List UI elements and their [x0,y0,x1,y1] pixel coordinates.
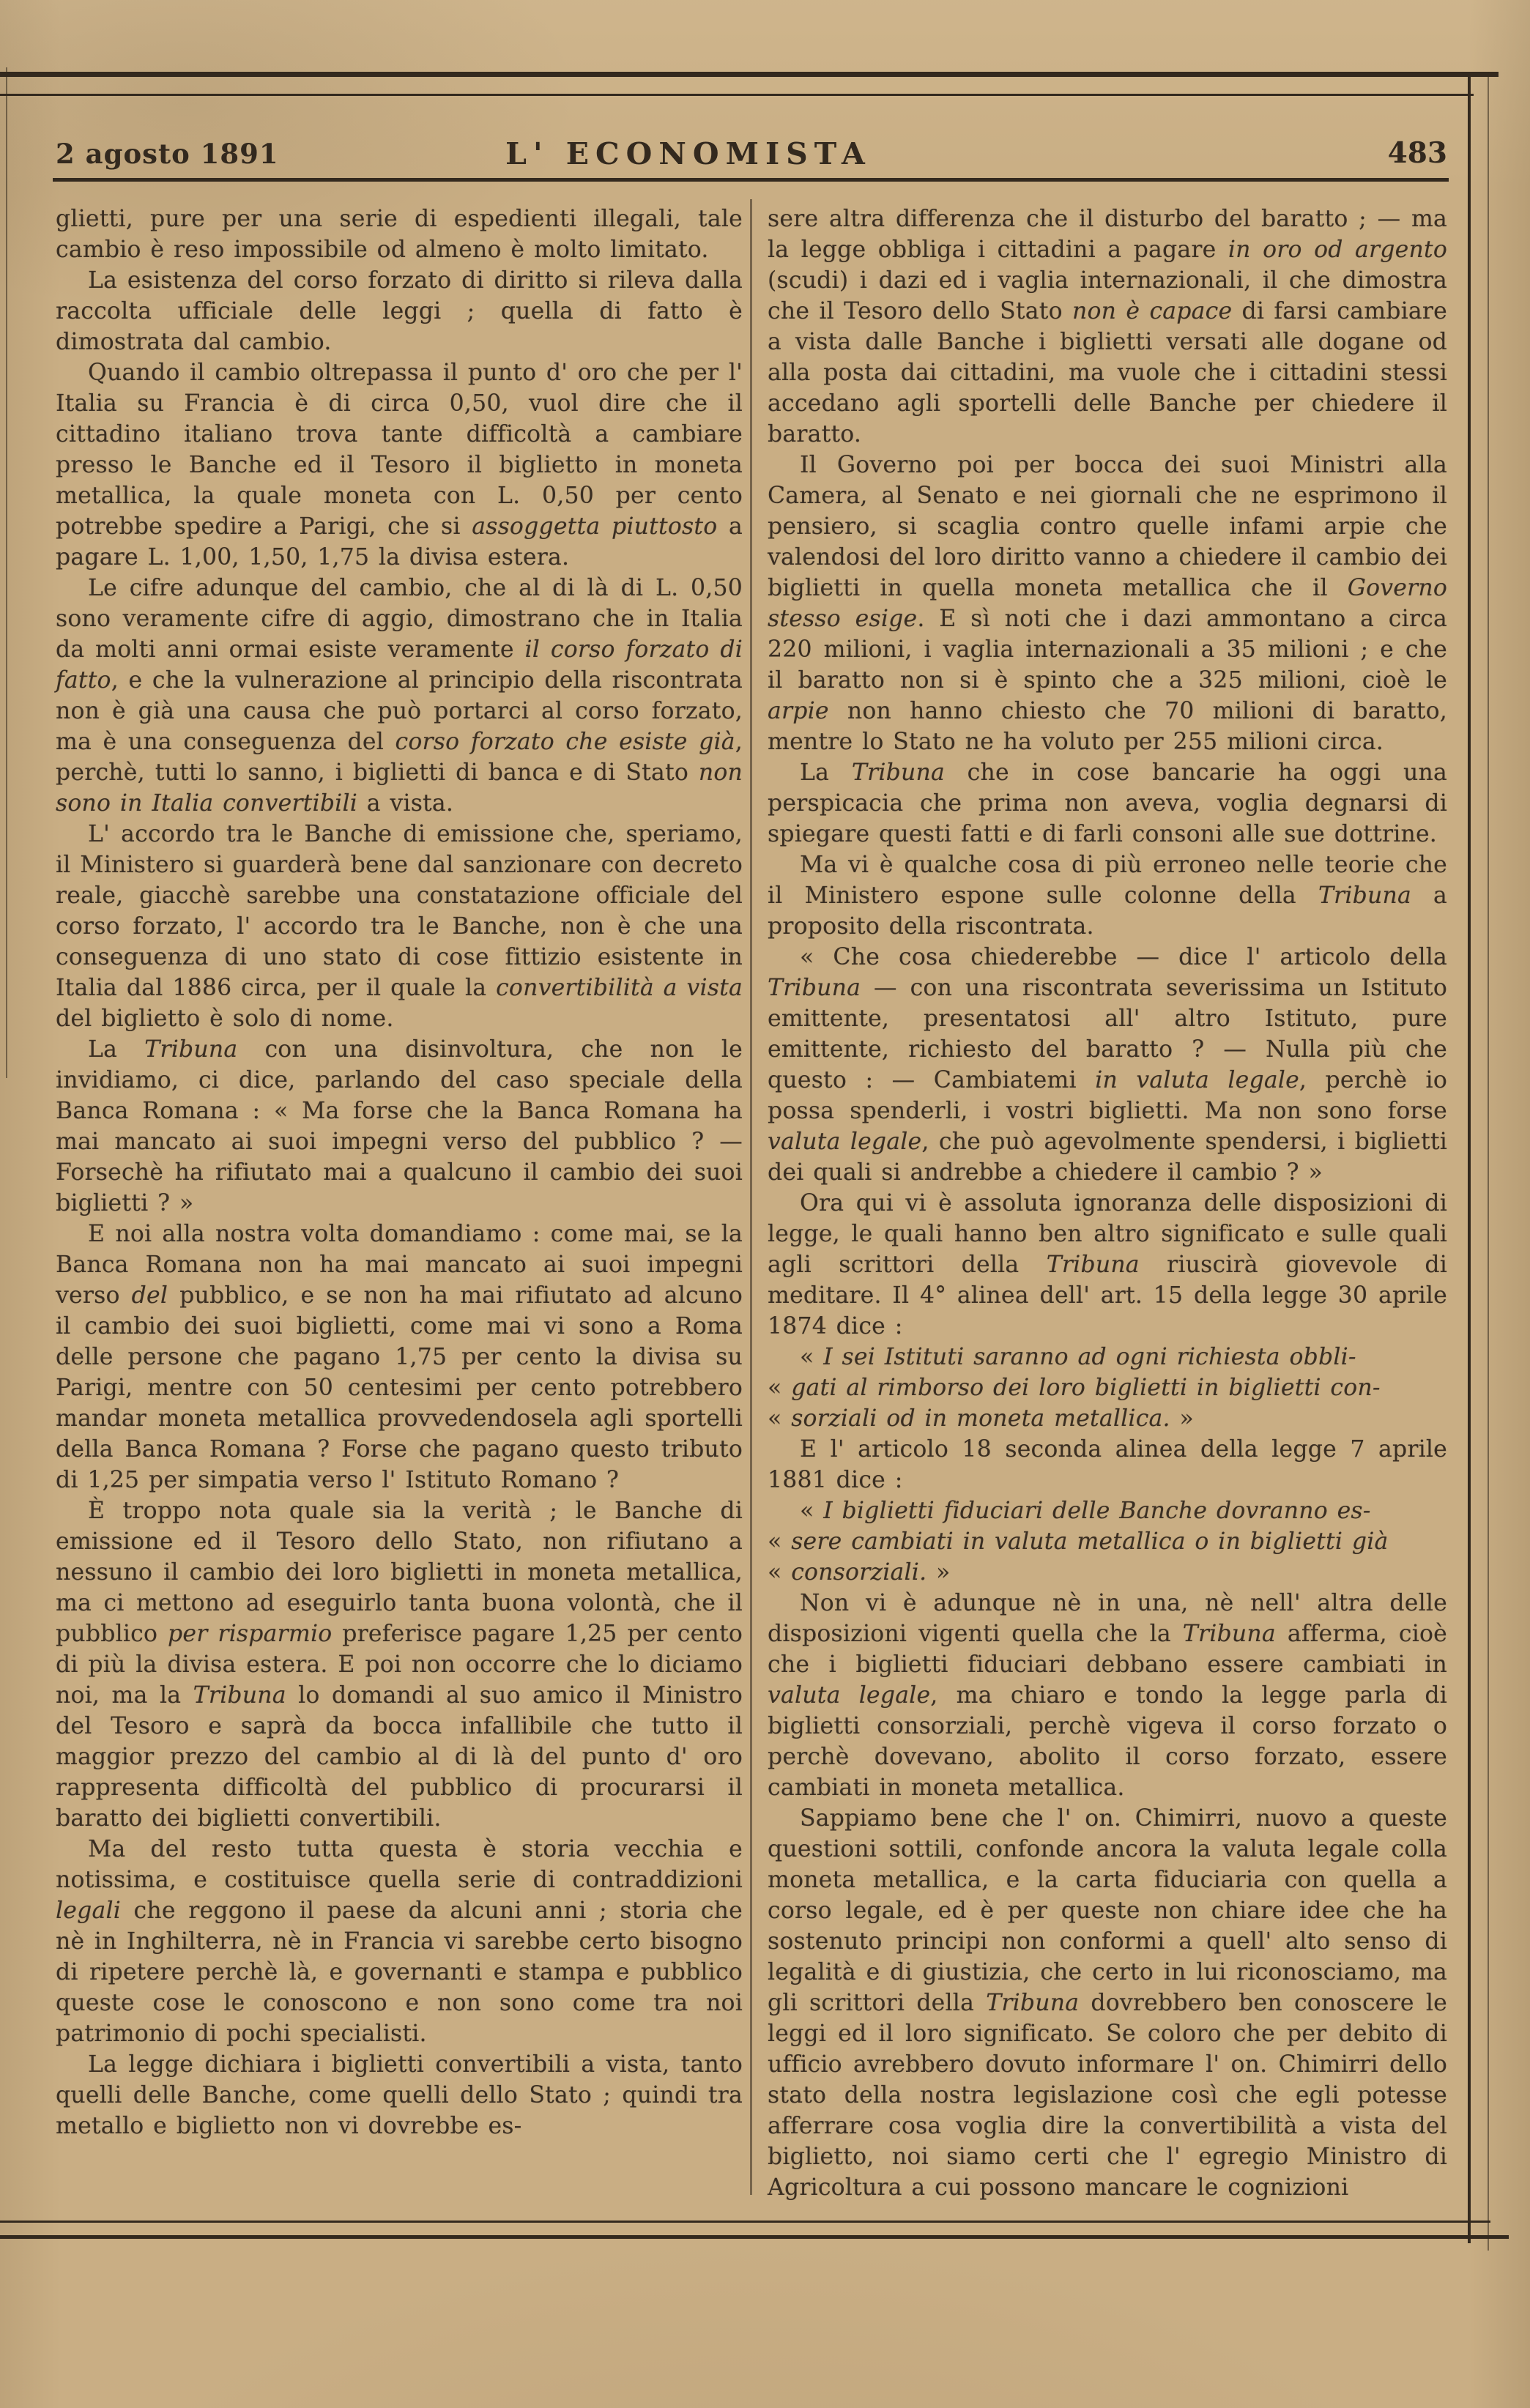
left-edge-rule [6,67,7,1078]
paragraph: La Tribuna con una disinvoltura, che non… [56,1034,743,1219]
top-rule-inner [0,94,1474,96]
law-quote-line: « sere cambiati in valuta metallica o in… [768,1526,1447,1557]
issue-date: 2 agosto 1891 [56,138,279,170]
right-edge-rule-inner [1468,72,1471,2243]
page-number: 483 [1348,136,1447,170]
paragraph: glietti, pure per una serie di espedient… [56,204,743,265]
bottom-rule-outer [0,2235,1509,2239]
paragraph: La esistenza del corso forzato di diritt… [56,265,743,357]
paragraph: « Che cosa chiederebbe — dice l' articol… [768,942,1447,1188]
bottom-rule-inner [0,2221,1490,2223]
law-quote-line: « I biglietti fiduciari delle Banche dov… [768,1495,1447,1526]
paragraph: Quando il cambio oltrepassa il punto d' … [56,357,743,573]
paragraph: E noi alla nostra volta domandiamo : com… [56,1219,743,1495]
paragraph: L' accordo tra le Banche di emissione ch… [56,819,743,1034]
paragraph: Ora qui vi è assoluta ignoranza delle di… [768,1188,1447,1342]
top-rule-outer [0,72,1499,77]
column-divider [750,199,752,2195]
left-column: glietti, pure per una serie di espedient… [56,204,743,2141]
paragraph: La Tribuna che in cose bancarie ha oggi … [768,757,1447,850]
paragraph: Il Governo poi per bocca dei suoi Minist… [768,450,1447,757]
paragraph: E l' articolo 18 seconda alinea della le… [768,1434,1447,1495]
newspaper-scan-page: { "page": { "paper_color": "#c9ae84", "i… [0,0,1530,2408]
header-rule [53,178,1449,182]
right-edge-rule-outer [1488,72,1489,2251]
paragraph: Sappiamo bene che l' on. Chimirri, nuovo… [768,1803,1447,2203]
paragraph: Ma del resto tutta questa è storia vecch… [56,1834,743,2049]
law-quote-line: « I sei Istituti saranno ad ogni richies… [768,1342,1447,1372]
law-quote-line: « sorziali od in moneta metallica. » [768,1403,1447,1434]
paragraph: Ma vi è qualche cosa di più erroneo nell… [768,850,1447,942]
law-quote-line: « consorziali. » [768,1557,1447,1588]
right-column: sere altra differenza che il disturbo de… [768,204,1447,2203]
journal-title: L' ECONOMISTA [454,136,923,171]
paragraph: sere altra differenza che il disturbo de… [768,204,1447,450]
paragraph: È troppo nota quale sia la verità ; le B… [56,1495,743,1834]
paragraph: Le cifre adunque del cambio, che al di l… [56,573,743,819]
law-quote-line: « gati al rimborso dei loro biglietti in… [768,1372,1447,1403]
paragraph: Non vi è adunque nè in una, nè nell' alt… [768,1588,1447,1803]
paragraph: La legge dichiara i biglietti convertibi… [56,2049,743,2141]
